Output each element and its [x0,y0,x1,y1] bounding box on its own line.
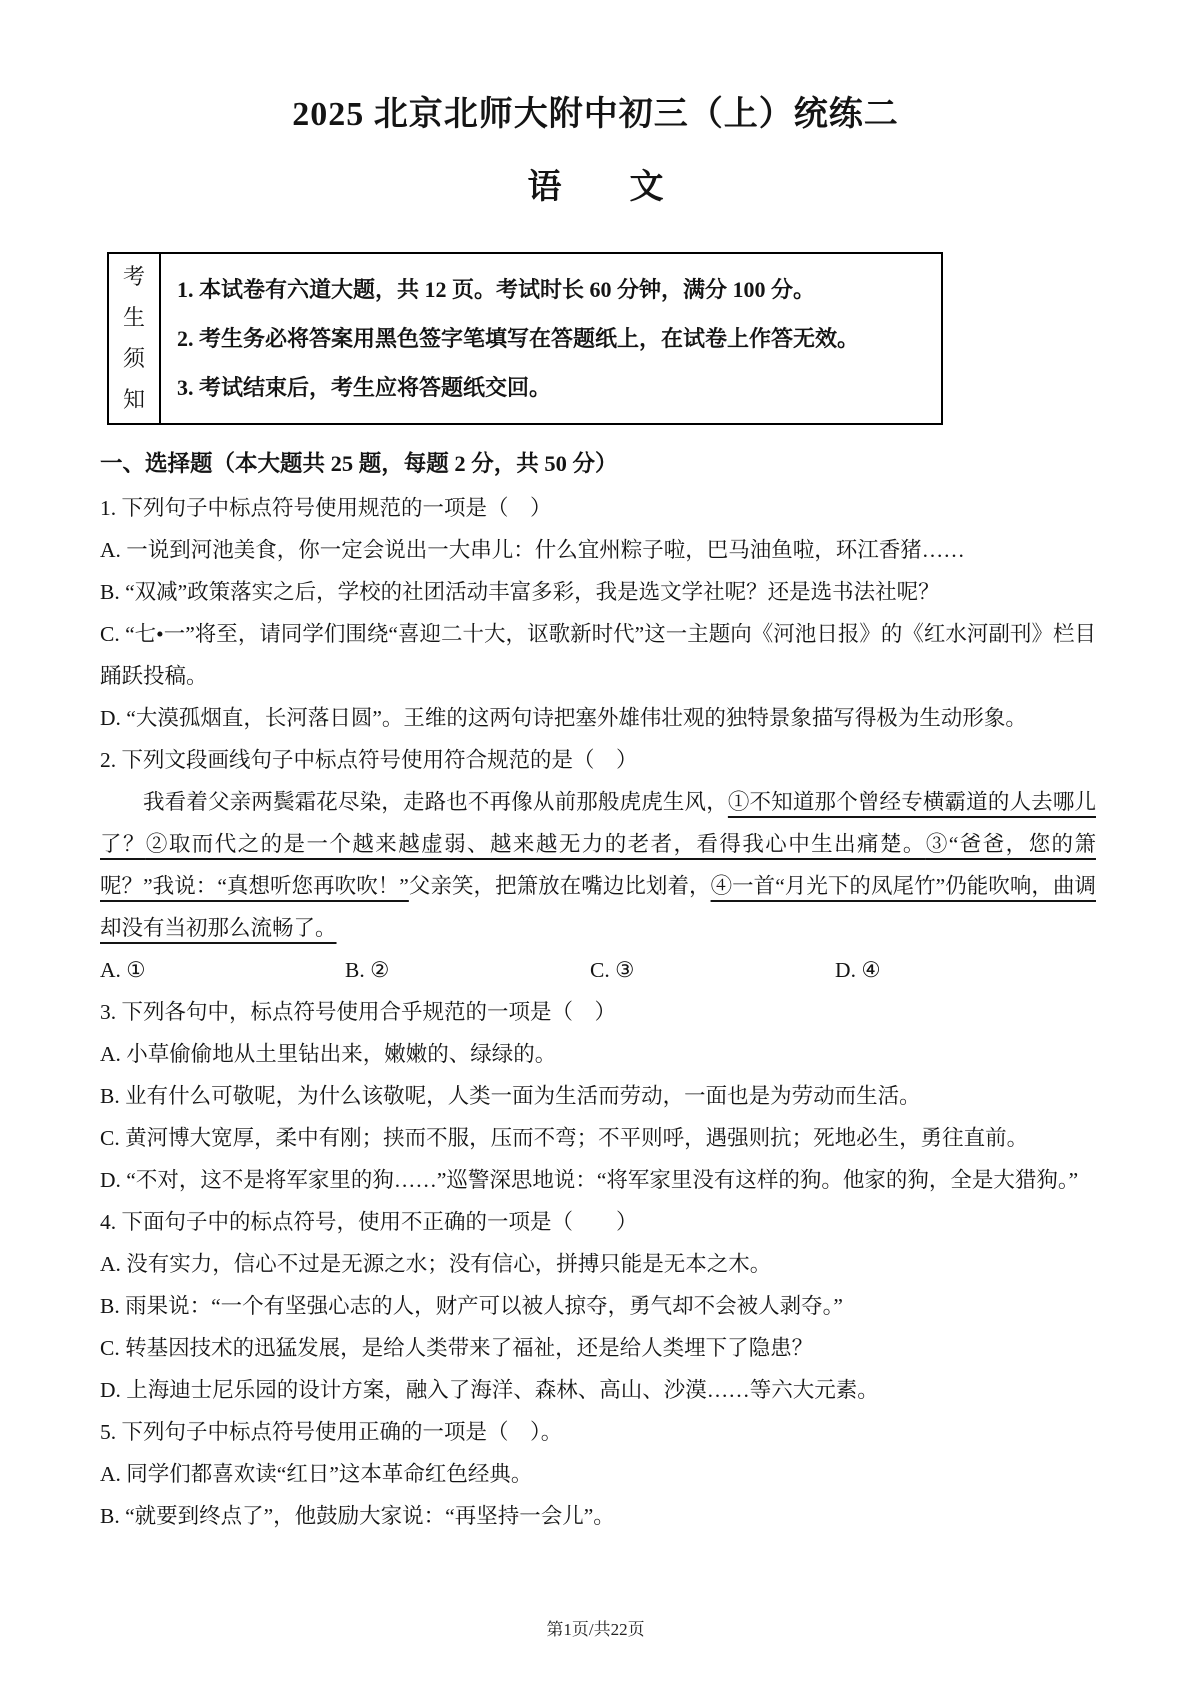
question-1-option-a: A. 一说到河池美食，你一定会说出一大串儿：什么宜州粽子啦，巴马油鱼啦，环江香猪… [100,529,1096,571]
question-3-option-d: D. “不对，这不是将军家里的狗……”巡警深思地说：“将军家里没有这样的狗。他家… [100,1159,1096,1201]
question-4-stem: 4. 下面句子中的标点符号，使用不正确的一项是（ ） [100,1201,1096,1243]
question-5-option-a: A. 同学们都喜欢读“红日”这本革命红色经典。 [100,1453,1096,1495]
question-5-stem: 5. 下列句子中标点符号使用正确的一项是（ ）。 [100,1411,1096,1453]
exam-title: 2025 北京北师大附中初三（上）统练二 [0,0,1191,135]
notice-item-3: 3. 考试结束后，考生应将答题纸交回。 [177,363,933,412]
exam-subject: 语 文 [0,159,1191,208]
question-1-option-c: C. “七•一”将至，请同学们围绕“喜迎二十大，讴歌新时代”这一主题向《河池日报… [100,613,1096,697]
passage-segment: 我看着父亲两鬓霜花尽染，走路也不再像从前那般虎虎生风， [143,790,728,814]
question-2-option-b: B. ② [345,949,590,991]
question-4-option-d: D. 上海迪士尼乐园的设计方案，融入了海洋、森林、高山、沙漠……等六大元素。 [100,1369,1096,1411]
notice-item-2: 2. 考生务必将答案用黑色签字笔填写在答题纸上，在试卷上作答无效。 [177,314,933,363]
question-2-stem: 2. 下列文段画线句子中标点符号使用符合规范的是（ ） [100,739,1096,781]
notice-side-char: 知 [123,389,145,411]
notice-side-label: 考 生 须 知 [109,254,161,423]
passage-segment-underlined-2: ②取而代之的是一个越来越虚弱、越来越无力的老者，看得我心中生出痛楚。 [146,832,926,856]
question-2-passage: 我看着父亲两鬓霜花尽染，走路也不再像从前那般虎虎生风，①不知道那个曾经专横霸道的… [100,781,1096,949]
question-3-stem: 3. 下列各句中，标点符号使用合乎规范的一项是（ ） [100,991,1096,1033]
exam-content: 一、选择题（本大题共 25 题，每题 2 分，共 50 分） 1. 下列句子中标… [100,441,1096,1537]
notice-item-1: 1. 本试卷有六道大题，共 12 页。考试时长 60 分钟，满分 100 分。 [177,265,933,314]
question-2-option-c: C. ③ [590,949,835,991]
notice-items: 1. 本试卷有六道大题，共 12 页。考试时长 60 分钟，满分 100 分。 … [161,254,941,423]
section-heading: 一、选择题（本大题共 25 题，每题 2 分，共 50 分） [100,441,1096,487]
question-3-option-c: C. 黄河博大宽厚，柔中有刚；挟而不服，压而不弯；不平则呼，遇强则抗；死地必生，… [100,1117,1096,1159]
question-3-option-a: A. 小草偷偷地从土里钻出来，嫩嫩的、绿绿的。 [100,1033,1096,1075]
question-1-option-d: D. “大漠孤烟直，长河落日圆”。王维的这两句诗把塞外雄伟壮观的独特景象描写得极… [100,697,1096,739]
notice-side-char: 生 [123,307,145,329]
question-4-option-b: B. 雨果说：“一个有坚强心志的人，财产可以被人掠夺，勇气却不会被人剥夺。” [100,1285,1096,1327]
question-2-option-a: A. ① [100,949,345,991]
question-2-options-row: A. ① B. ② C. ③ D. ④ [100,949,1096,991]
question-3-option-b: B. 业有什么可敬呢，为什么该敬呢，人类一面为生活而劳动，一面也是为劳动而生活。 [100,1075,1096,1117]
page-number: 第1页/共22页 [0,1615,1191,1640]
exam-page: 2025 北京北师大附中初三（上）统练二 语 文 考 生 须 知 1. 本试卷有… [0,0,1191,1684]
notice-side-char: 须 [123,348,145,370]
candidate-notice-box: 考 生 须 知 1. 本试卷有六道大题，共 12 页。考试时长 60 分钟，满分… [107,252,943,425]
question-1-stem: 1. 下列句子中标点符号使用规范的一项是（ ） [100,487,1096,529]
question-5-option-b: B. “就要到终点了”，他鼓励大家说：“再坚持一会儿”。 [100,1495,1096,1537]
question-1-option-b: B. “双减”政策落实之后，学校的社团活动丰富多彩，我是选文学社呢？还是选书法社… [100,571,1096,613]
question-4-option-c: C. 转基因技术的迅猛发展，是给人类带来了福祉，还是给人类埋下了隐患？ [100,1327,1096,1369]
question-2-option-d: D. ④ [835,949,1080,991]
question-4-option-a: A. 没有实力，信心不过是无源之水；没有信心，拼搏只能是无本之木。 [100,1243,1096,1285]
notice-side-char: 考 [123,266,145,288]
passage-segment: 父亲笑，把箫放在嘴边比划着， [409,874,711,898]
